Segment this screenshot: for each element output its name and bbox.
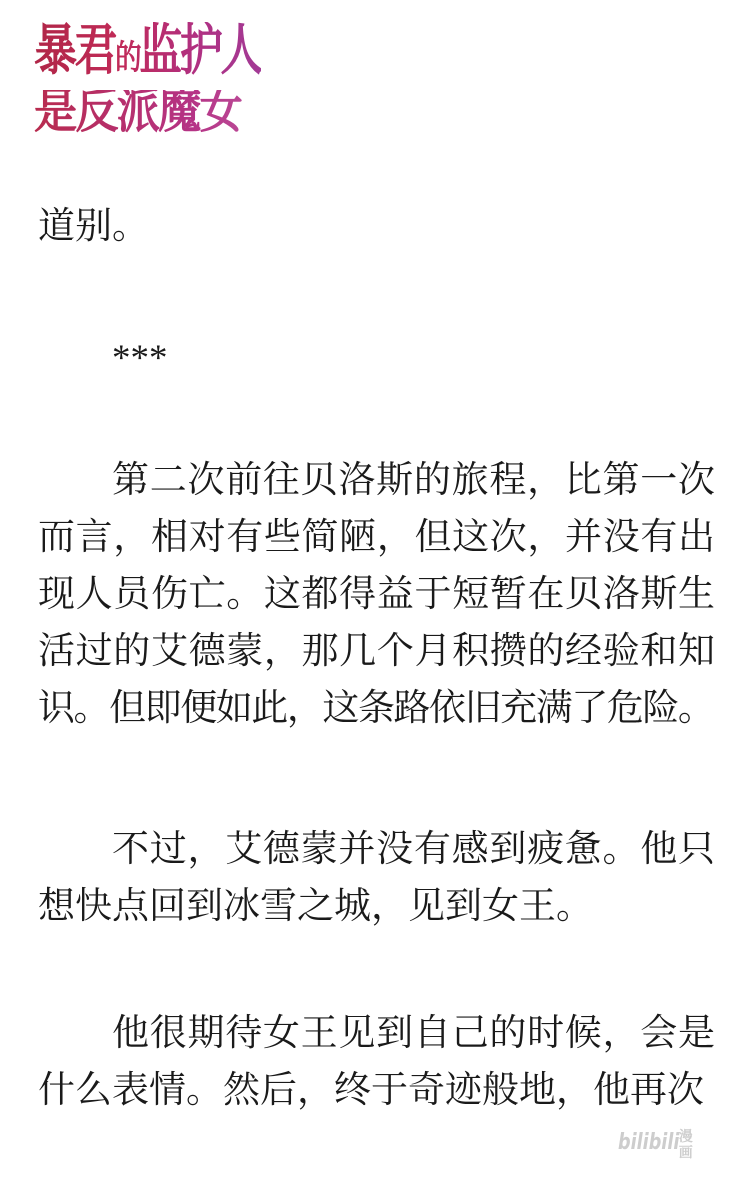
novel-text-area: 道别。***第二次前往贝洛斯的旅程，比第一次而言，相对有些简陋，但这次，并没有出…	[38, 198, 715, 1119]
logo-title-line2: 是反派魔女	[34, 90, 296, 134]
manhua-label: 漫 画	[679, 1129, 693, 1161]
paragraph-expectation: 他很期待女王见到自己的时候，会是什么表情。然后，终于奇迹般地，他再次	[38, 1005, 715, 1119]
logo-title-line1: 暴君的监护人	[34, 22, 261, 88]
text-line: 他很期待女王见到自己的时候，会是	[38, 1005, 715, 1062]
text-line: 道别。	[38, 198, 715, 255]
manhua-char-top: 漫	[679, 1129, 693, 1145]
text-line: 而言，相对有些简陋，但这次，并没有出	[38, 509, 715, 566]
paragraph-farewell: 道别。	[38, 198, 715, 255]
text-line: 不过，艾德蒙并没有感到疲惫。他只	[38, 821, 715, 878]
text-line: 什么表情。然后，终于奇迹般地，他再次	[38, 1062, 715, 1119]
logo-text-segment: 的	[115, 40, 139, 77]
bilibili-logo-text: bilibili	[618, 1126, 679, 1160]
manhua-char-bottom: 画	[679, 1145, 693, 1161]
logo-text-segment: 监护人	[139, 20, 261, 81]
series-title-logo: 暴君的监护人 是反派魔女	[34, 22, 325, 134]
text-line: 第二次前往贝洛斯的旅程，比第一次	[38, 452, 715, 509]
bilibili-watermark: bilibili 漫 画	[618, 1126, 693, 1161]
text-line: ***	[38, 330, 715, 387]
logo-text-segment: 暴君	[34, 20, 115, 81]
text-line: 现人员伤亡。这都得益于短暂在贝洛斯生	[38, 566, 715, 623]
text-line: 想快点回到冰雪之城，见到女王。	[38, 878, 715, 935]
paragraph-journey: 第二次前往贝洛斯的旅程，比第一次而言，相对有些简陋，但这次，并没有出现人员伤亡。…	[38, 452, 715, 737]
text-line: 识。但即便如此，这条路依旧充满了危险。	[38, 680, 715, 737]
text-line: 活过的艾德蒙，那几个月积攒的经验和知	[38, 623, 715, 680]
paragraph-edmond: 不过，艾德蒙并没有感到疲惫。他只想快点回到冰雪之城，见到女王。	[38, 821, 715, 935]
section-divider: ***	[38, 325, 715, 382]
